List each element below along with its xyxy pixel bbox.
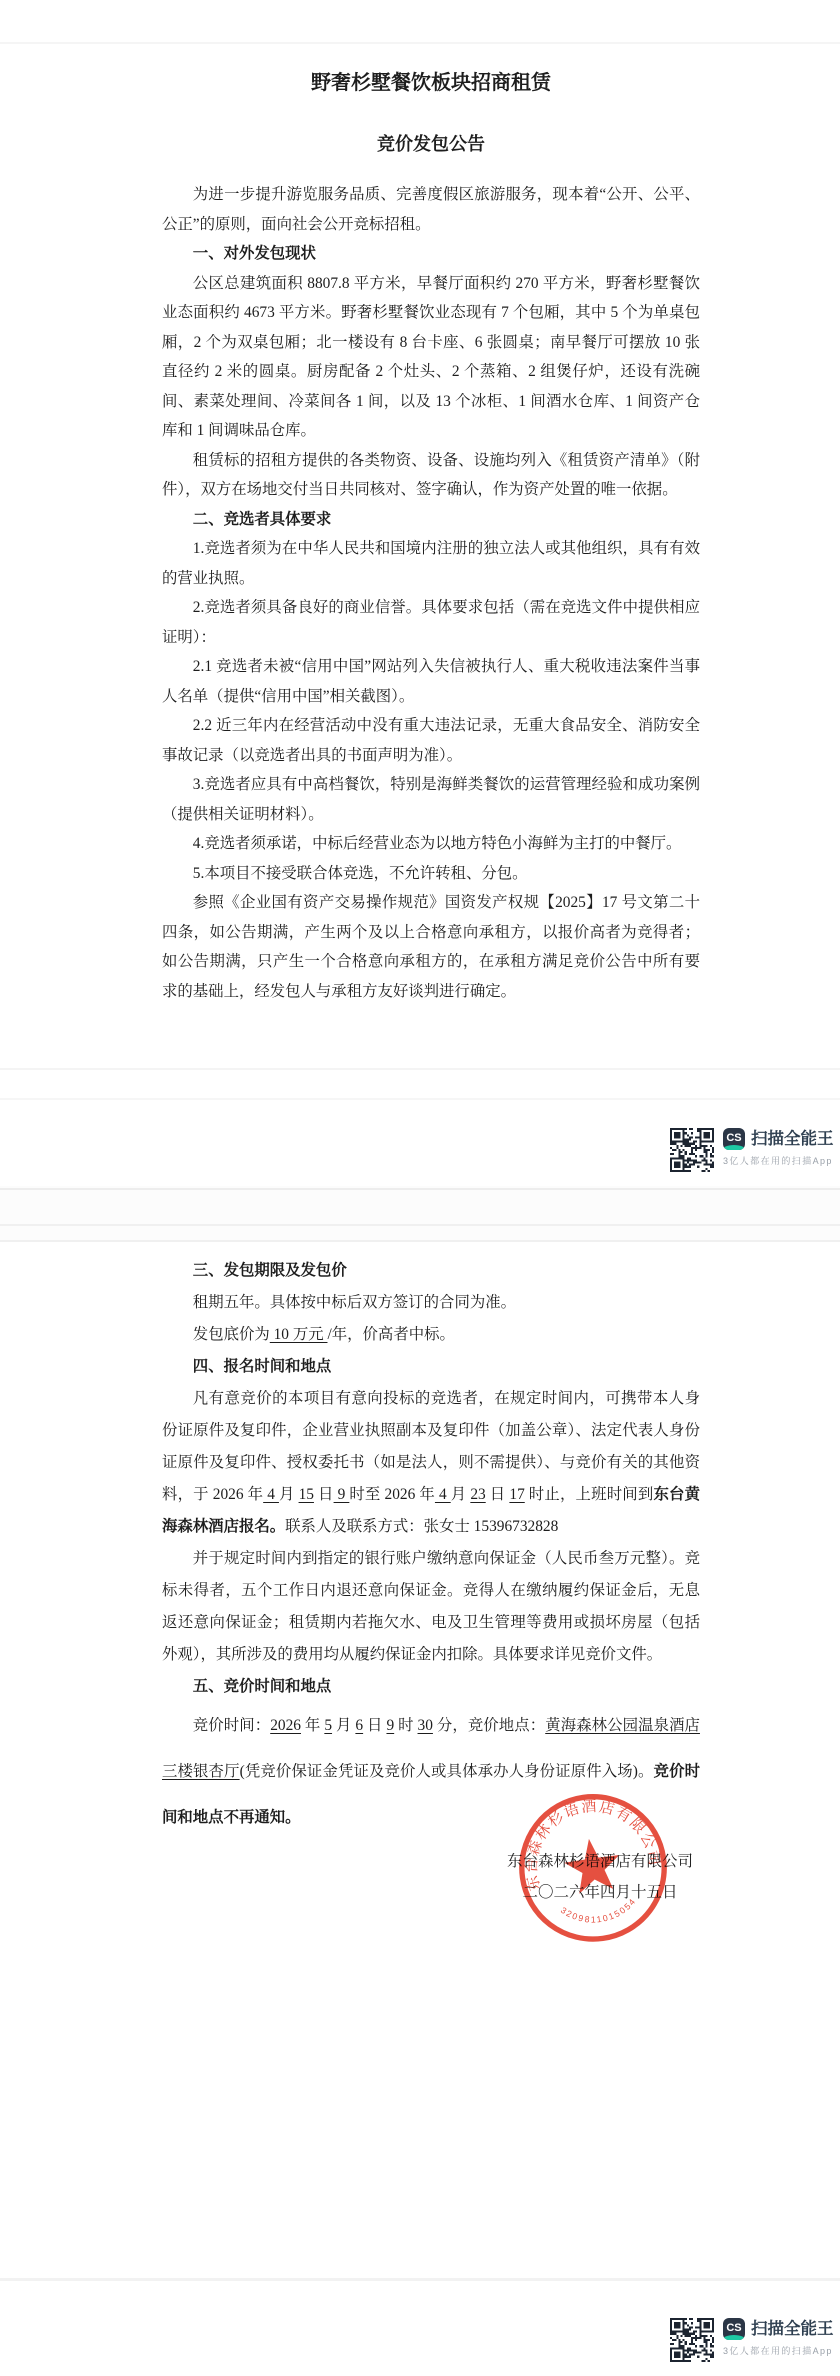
doc-subtitle: 竞价发包公告 bbox=[162, 134, 700, 154]
page2-body: 三、发包期限及发包价租期五年。具体按中标后双方签订的合同为准。发包底价为 10 … bbox=[162, 1255, 700, 1841]
camscanner-watermark: CS 扫描全能王 3亿人都在用的扫描App bbox=[670, 1128, 834, 1176]
scan-artifact bbox=[0, 2278, 840, 2281]
qr-code-icon bbox=[670, 2318, 714, 2362]
page-1: 野奢杉墅餐饮板块招商租赁 竞价发包公告 为进一步提升游览服务品质、完善度假区旅游… bbox=[162, 58, 700, 1006]
document-scan: 野奢杉墅餐饮板块招商租赁 竞价发包公告 为进一步提升游览服务品质、完善度假区旅游… bbox=[0, 0, 840, 2376]
paragraph: 1.竞选者须为在中华人民共和国境内注册的独立法人或其他组织，具有有效的营业执照。 bbox=[162, 534, 700, 593]
paragraph: 公区总建筑面积 8807.8 平方米，早餐厅面积约 270 平方米，野奢杉墅餐饮… bbox=[162, 269, 700, 446]
page-break-line bbox=[0, 1188, 840, 1190]
paragraph: 为进一步提升游览服务品质、完善度假区旅游服务，现本着“公开、公平、公正”的原则，… bbox=[162, 180, 700, 239]
app-tagline: 3亿人都在用的扫描App bbox=[723, 2344, 834, 2357]
section-heading: 五、竞价时间和地点 bbox=[162, 1671, 700, 1703]
section-heading: 四、报名时间和地点 bbox=[162, 1351, 700, 1383]
paragraph: 租赁标的招租方提供的各类物资、设备、设施均列入《租赁资产清单》（附件），双方在场… bbox=[162, 446, 700, 505]
company-seal: 东台森林杉语酒店有限公司 3209811015054 bbox=[515, 1786, 671, 1942]
svg-text:3209811015054: 3209811015054 bbox=[558, 1895, 641, 1930]
page-break-line bbox=[0, 1224, 840, 1226]
camscanner-logo-icon: CS bbox=[723, 1128, 745, 1150]
camscanner-logo-icon: CS bbox=[723, 2318, 745, 2340]
paragraph: 2.2 近三年内在经营活动中没有重大违法记录，无重大食品安全、消防安全事故记录（… bbox=[162, 711, 700, 770]
scan-artifact bbox=[0, 42, 840, 44]
page-break-line bbox=[0, 1240, 840, 1242]
paragraph: 2.1 竞选者未被“信用中国”网站列入失信被执行人、重大税收违法案件当事人名单（… bbox=[162, 652, 700, 711]
page-2: 三、发包期限及发包价租期五年。具体按中标后双方签订的合同为准。发包底价为 10 … bbox=[162, 1255, 700, 1841]
paragraph: 租期五年。具体按中标后双方签订的合同为准。 bbox=[162, 1287, 700, 1319]
paragraph: 凡有意竞价的本项目有意向投标的竞选者，在规定时间内，可携带本人身份证原件及复印件… bbox=[162, 1383, 700, 1543]
camscanner-watermark: CS 扫描全能王 3亿人都在用的扫描App bbox=[670, 2318, 834, 2366]
seal-star-icon bbox=[561, 1835, 623, 1895]
app-name: 扫描全能王 bbox=[751, 2318, 834, 2340]
paragraph: 2.竞选者须具备良好的商业信誉。具体要求包括（需在竞选文件中提供相应证明）： bbox=[162, 593, 700, 652]
paragraph: 5.本项目不接受联合体竞选，不允许转租、分包。 bbox=[162, 859, 700, 889]
app-tagline: 3亿人都在用的扫描App bbox=[723, 1154, 834, 1167]
paragraph: 4.竞选者须承诺，中标后经营业态为以地方特色小海鲜为主打的中餐厅。 bbox=[162, 829, 700, 859]
seal-number: 3209811015054 bbox=[558, 1895, 641, 1930]
scan-artifact bbox=[0, 1098, 840, 1100]
paragraph: 3.竞选者应具有中高档餐饮，特别是海鲜类餐饮的运营管理经验和成功案例（提供相关证… bbox=[162, 770, 700, 829]
doc-title: 野奢杉墅餐饮板块招商租赁 bbox=[162, 72, 700, 94]
scan-artifact bbox=[0, 1068, 840, 1070]
page-break-band bbox=[0, 1186, 840, 1240]
paragraph: 并于规定时间内到指定的银行账户缴纳意向保证金（人民币叁万元整）。竞标未得者，五个… bbox=[162, 1543, 700, 1671]
section-heading: 三、发包期限及发包价 bbox=[162, 1255, 700, 1287]
qr-code-icon bbox=[670, 1128, 714, 1172]
paragraph: 参照《企业国有资产交易操作规范》国资发产权规【2025】17 号文第二十四条，如… bbox=[162, 888, 700, 1006]
section-heading: 一、对外发包现状 bbox=[162, 239, 700, 269]
paragraph: 发包底价为 10 万元 /年，价高者中标。 bbox=[162, 1319, 700, 1351]
app-name: 扫描全能王 bbox=[751, 1128, 834, 1150]
section-heading: 二、竞选者具体要求 bbox=[162, 505, 700, 535]
page1-body: 为进一步提升游览服务品质、完善度假区旅游服务，现本着“公开、公平、公正”的原则，… bbox=[162, 180, 700, 1006]
